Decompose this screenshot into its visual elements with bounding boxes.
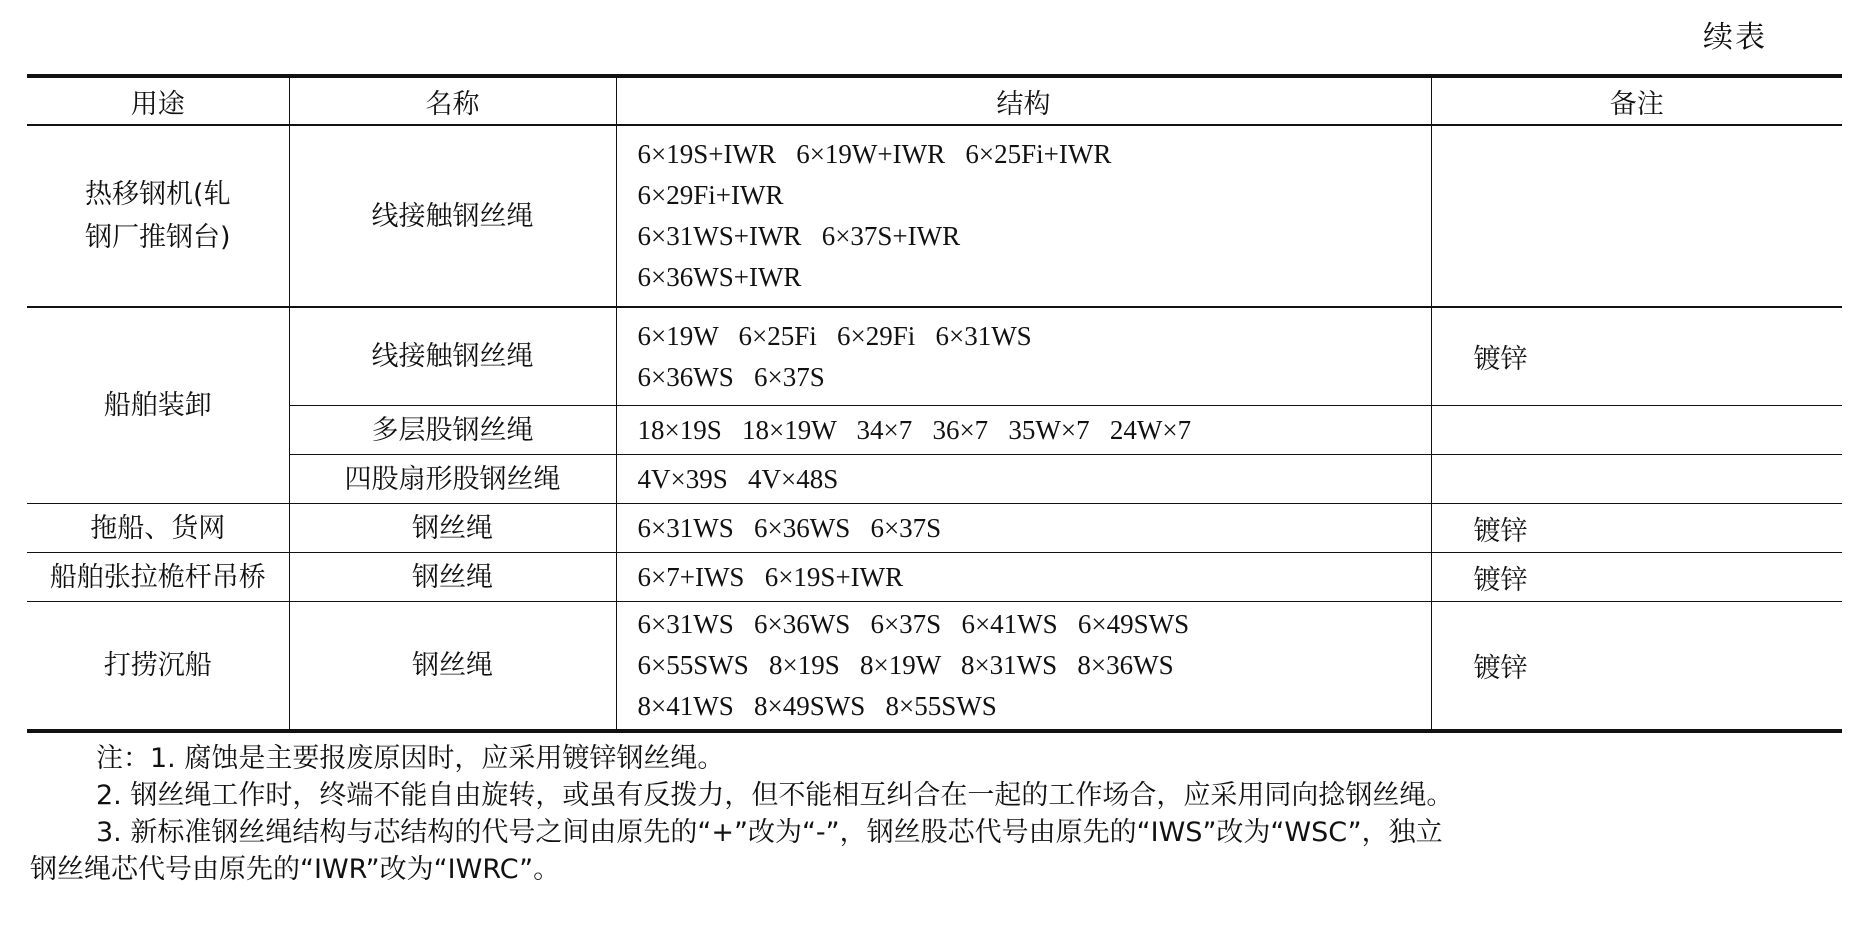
cell-use-line: 热移钢机(轧 <box>27 173 289 216</box>
cell-remark: 镀锌 <box>1431 553 1842 602</box>
cell-remark <box>1431 455 1842 504</box>
structure-line: 6×31WS 6×36WS 6×37S <box>638 508 1431 549</box>
table-row: 船舶装卸 线接触钢丝绳 6×19W 6×25Fi 6×29Fi 6×31WS 6… <box>27 307 1842 406</box>
header-use: 用途 <box>27 76 289 125</box>
structure-line: 6×19W 6×25Fi 6×29Fi 6×31WS <box>638 316 1431 357</box>
cell-use: 船舶装卸 <box>27 307 289 504</box>
wire-rope-table: 用途 名称 结构 备注 热移钢机(轧 钢厂推钢台) 线接触钢丝绳 6×19S+I… <box>27 74 1842 733</box>
cell-remark: 镀锌 <box>1431 504 1842 553</box>
cell-name: 线接触钢丝绳 <box>289 125 616 307</box>
table-row: 多层股钢丝绳 18×19S 18×19W 34×7 36×7 35W×7 24W… <box>27 406 1842 455</box>
structure-line: 8×41WS 8×49SWS 8×55SWS <box>638 686 1431 727</box>
cell-remark <box>1431 406 1842 455</box>
cell-structure: 18×19S 18×19W 34×7 36×7 35W×7 24W×7 <box>616 406 1431 455</box>
cell-use: 打捞沉船 <box>27 602 289 732</box>
header-structure: 结构 <box>616 76 1431 125</box>
table-row: 打捞沉船 钢丝绳 6×31WS 6×36WS 6×37S 6×41WS 6×49… <box>27 602 1842 732</box>
cell-name: 钢丝绳 <box>289 504 616 553</box>
table-row: 热移钢机(轧 钢厂推钢台) 线接触钢丝绳 6×19S+IWR 6×19W+IWR… <box>27 125 1842 307</box>
table-header-row: 用途 名称 结构 备注 <box>27 76 1842 125</box>
structure-line: 6×7+IWS 6×19S+IWR <box>638 557 1431 598</box>
cell-name: 多层股钢丝绳 <box>289 406 616 455</box>
cell-name: 四股扇形股钢丝绳 <box>289 455 616 504</box>
structure-line: 6×55SWS 8×19S 8×19W 8×31WS 8×36WS <box>638 645 1431 686</box>
cell-name: 钢丝绳 <box>289 602 616 732</box>
cell-structure: 6×31WS 6×36WS 6×37S 6×41WS 6×49SWS 6×55S… <box>616 602 1431 732</box>
note-1: 注：1. 腐蚀是主要报废原因时，应采用镀锌钢丝绳。 <box>30 740 1842 777</box>
cell-name: 线接触钢丝绳 <box>289 307 616 406</box>
structure-line: 6×31WS 6×36WS 6×37S 6×41WS 6×49SWS <box>638 604 1431 645</box>
table-row: 拖船、货网 钢丝绳 6×31WS 6×36WS 6×37S 镀锌 <box>27 504 1842 553</box>
table-notes: 注：1. 腐蚀是主要报废原因时，应采用镀锌钢丝绳。 2. 钢丝绳工作时，终端不能… <box>30 740 1842 888</box>
cell-structure: 6×19W 6×25Fi 6×29Fi 6×31WS 6×36WS 6×37S <box>616 307 1431 406</box>
structure-line: 4V×39S 4V×48S <box>638 459 1431 500</box>
structure-line: 6×31WS+IWR 6×37S+IWR <box>638 216 1431 257</box>
cell-structure: 6×7+IWS 6×19S+IWR <box>616 553 1431 602</box>
structure-line: 6×29Fi+IWR <box>638 175 1431 216</box>
cell-use: 热移钢机(轧 钢厂推钢台) <box>27 125 289 307</box>
header-name: 名称 <box>289 76 616 125</box>
structure-line: 18×19S 18×19W 34×7 36×7 35W×7 24W×7 <box>638 410 1431 451</box>
structure-line: 6×19S+IWR 6×19W+IWR 6×25Fi+IWR <box>638 134 1431 175</box>
table-continued-caption: 续表 <box>1690 18 1780 58</box>
table-row: 船舶张拉桅杆吊桥 钢丝绳 6×7+IWS 6×19S+IWR 镀锌 <box>27 553 1842 602</box>
cell-remark: 镀锌 <box>1431 602 1842 732</box>
structure-line: 6×36WS+IWR <box>638 257 1431 298</box>
cell-structure: 4V×39S 4V×48S <box>616 455 1431 504</box>
cell-remark <box>1431 125 1842 307</box>
note-3: 3. 新标准钢丝绳结构与芯结构的代号之间由原先的“+”改为“-”，钢丝股芯代号由… <box>30 814 1842 851</box>
cell-use: 船舶张拉桅杆吊桥 <box>27 553 289 602</box>
cell-structure: 6×31WS 6×36WS 6×37S <box>616 504 1431 553</box>
note-3-continued: 钢丝绳芯代号由原先的“IWR”改为“IWRC”。 <box>30 851 1842 888</box>
cell-name: 钢丝绳 <box>289 553 616 602</box>
note-2: 2. 钢丝绳工作时，终端不能自由旋转，或虽有反拨力，但不能相互纠合在一起的工作场… <box>30 777 1842 814</box>
cell-remark: 镀锌 <box>1431 307 1842 406</box>
cell-use-line: 钢厂推钢台) <box>27 216 289 259</box>
table-row: 四股扇形股钢丝绳 4V×39S 4V×48S <box>27 455 1842 504</box>
cell-use: 拖船、货网 <box>27 504 289 553</box>
header-remark: 备注 <box>1431 76 1842 125</box>
structure-line: 6×36WS 6×37S <box>638 357 1431 398</box>
cell-structure: 6×19S+IWR 6×19W+IWR 6×25Fi+IWR 6×29Fi+IW… <box>616 125 1431 307</box>
